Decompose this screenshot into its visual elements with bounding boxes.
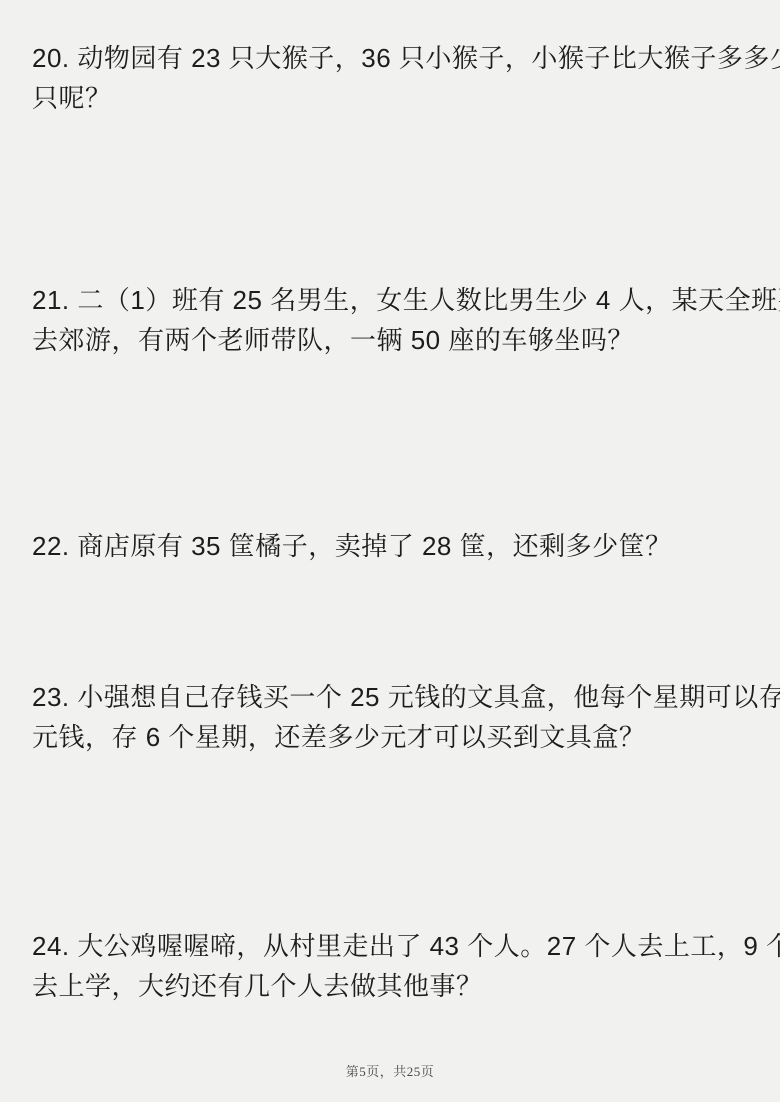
- problem-23-line-2: 元钱，存 6 个星期，还差多少元才可以买到文具盒？: [32, 717, 750, 757]
- problem-20-line-2: 只呢？: [32, 78, 750, 118]
- problem-23: 23. 小强想自己存钱买一个 25 元钱的文具盒，他每个星期可以存 4 元钱，存…: [32, 677, 750, 757]
- problem-20-line-1: 20. 动物园有 23 只大猴子，36 只小猴子，小猴子比大猴子多多少: [32, 38, 750, 78]
- problem-21-line-2: 去郊游，有两个老师带队，一辆 50 座的车够坐吗？: [32, 320, 750, 360]
- problem-24-line-1: 24. 大公鸡喔喔啼，从村里走出了 43 个人。27 个人去上工，9 个人: [32, 926, 750, 966]
- problem-24: 24. 大公鸡喔喔啼，从村里走出了 43 个人。27 个人去上工，9 个人 去上…: [32, 926, 750, 1006]
- worksheet-page: 20. 动物园有 23 只大猴子，36 只小猴子，小猴子比大猴子多多少 只呢？ …: [0, 0, 780, 1102]
- problem-24-line-2: 去上学，大约还有几个人去做其他事？: [32, 966, 750, 1006]
- problem-23-line-1: 23. 小强想自己存钱买一个 25 元钱的文具盒，他每个星期可以存 4: [32, 677, 750, 717]
- page-footer: 第5页，共25页: [0, 1063, 780, 1081]
- problem-21: 21. 二（1）班有 25 名男生，女生人数比男生少 4 人，某天全班要 去郊游…: [32, 280, 750, 360]
- problem-21-line-1: 21. 二（1）班有 25 名男生，女生人数比男生少 4 人，某天全班要: [32, 280, 750, 320]
- page-number-indicator: 第5页，共25页: [346, 1064, 435, 1079]
- problem-20: 20. 动物园有 23 只大猴子，36 只小猴子，小猴子比大猴子多多少 只呢？: [32, 38, 750, 118]
- problem-22: 22. 商店原有 35 筐橘子，卖掉了 28 筐，还剩多少筐？: [32, 526, 750, 566]
- problem-22-line-1: 22. 商店原有 35 筐橘子，卖掉了 28 筐，还剩多少筐？: [32, 526, 750, 566]
